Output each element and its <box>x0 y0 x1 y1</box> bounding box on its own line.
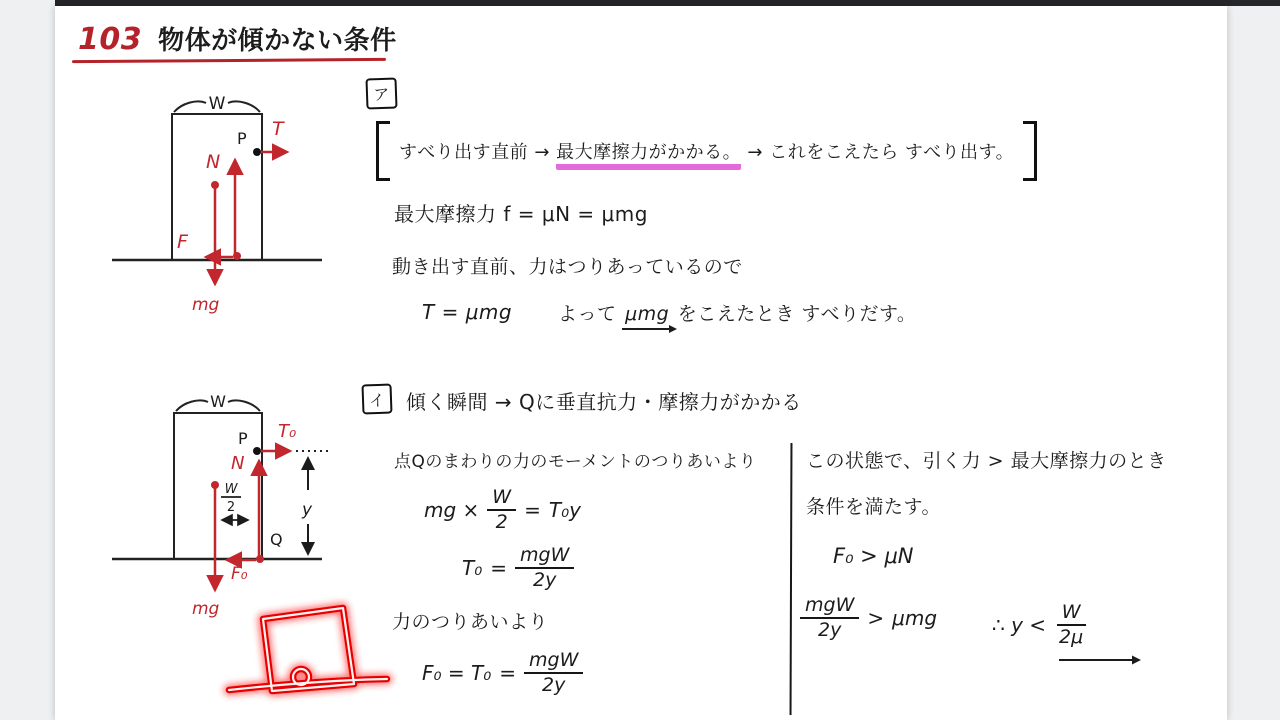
balance-note: 動き出す直前、力はつりあっているので <box>392 252 743 279</box>
eq2-rel: = <box>490 556 507 580</box>
conclusion-post: をこえたとき すべりだす。 <box>678 303 917 325</box>
diagram-block-tipping-at-q: W P T₀ N mg W 2 Q F₀ y <box>100 390 345 625</box>
result-arrow-icon <box>1058 654 1144 668</box>
eq1-lhs: mg × <box>424 498 479 522</box>
width-label: W <box>210 392 226 411</box>
width-label: W <box>209 94 226 114</box>
width-brace-right <box>228 101 260 112</box>
pivot-q-dot <box>256 555 264 563</box>
req2-fraction: mgW 2y <box>800 595 859 641</box>
moment-note: 点Qのまわりの力のモーメントのつりあいより <box>394 447 756 472</box>
underline-arrow-icon <box>621 324 679 336</box>
final-result: ∴ y < W 2μ <box>992 602 1088 648</box>
section-i-label: イ <box>368 387 385 411</box>
tension-label: T <box>272 118 285 140</box>
section-a-label: ア <box>373 82 390 106</box>
normal-label: N <box>231 453 244 474</box>
result-fraction: W 2μ <box>1054 602 1088 648</box>
half-width-numerator: W <box>225 482 239 497</box>
width-brace-left <box>176 400 208 411</box>
conclusion-line: よって μmg をこえたとき すべりだす。 <box>558 299 916 326</box>
max-friction-equation: 最大摩擦力 f = μN = μmg <box>394 198 648 227</box>
close-bracket <box>1023 121 1037 181</box>
open-bracket <box>376 121 390 181</box>
condition-inequality: F₀ > μN <box>833 544 914 568</box>
width-brace-left <box>174 101 206 112</box>
tipping-heading: 傾く瞬間 → Qに垂直抗力・摩擦力がかかる <box>406 386 802 415</box>
eq2-lhs: T₀ <box>462 556 482 580</box>
point-q-label: Q <box>270 530 283 549</box>
normal-label: N <box>206 151 220 173</box>
tension0-equation: T₀ = mgW 2y <box>462 545 574 591</box>
page-title: 103 物体が傾かない条件 <box>78 20 397 57</box>
req2-rhs: μmg <box>892 606 937 630</box>
point-p-dot <box>253 447 261 455</box>
eq2-fraction: mgW 2y <box>515 545 574 591</box>
section-a-bracket-line: すべり出す直前 → 最大摩擦力がかかる。 → これをこえたら すべり出す。 <box>376 122 1037 180</box>
conclusion-term: μmg <box>623 303 671 325</box>
weight-label: mg <box>192 295 220 315</box>
friction-label: F <box>177 231 189 253</box>
title-text: 物体が傾かない条件 <box>158 20 397 57</box>
eq3-lhs: F₀ = T₀ <box>422 661 491 685</box>
point-p-label: P <box>238 429 248 448</box>
weight-label: mg <box>192 599 220 619</box>
eq3-rel: = <box>499 661 516 685</box>
req2-rel: > <box>867 606 884 630</box>
condition-note-line1: この状態で、引く力 > 最大摩擦力のとき <box>806 446 1167 473</box>
force-balance-note: 力のつりあいより <box>392 607 548 634</box>
eq1-rhs: T₀y <box>549 498 581 522</box>
substituted-inequality: mgW 2y > μmg <box>800 595 937 641</box>
base-contact-dot <box>233 252 241 260</box>
eq1-rel: = <box>524 498 541 522</box>
friction-label: F₀ <box>231 564 248 584</box>
eq1-fraction: W 2 <box>487 487 516 533</box>
condition-note-line2: 条件を満たす。 <box>806 492 941 519</box>
section-a-tag: ア <box>365 77 397 109</box>
diagram-block-pulled-at-p: W P T N mg F <box>100 80 340 330</box>
width-brace-right <box>228 400 260 411</box>
title-number: 103 <box>78 22 142 57</box>
video-frame: 103 物体が傾かない条件 W P T N mg F ア <box>0 0 1280 720</box>
point-p-dot <box>253 148 261 156</box>
height-label: y <box>301 500 313 520</box>
section-i-tag: イ <box>361 383 392 414</box>
half-width-denominator: 2 <box>227 500 235 515</box>
eq3-fraction: mgW 2y <box>524 650 583 696</box>
conclusion-pre: よって <box>558 303 617 325</box>
friction0-equation: F₀ = T₀ = mgW 2y <box>422 650 583 696</box>
point-p-label: P <box>237 129 247 148</box>
tension-label: T₀ <box>278 421 296 442</box>
bracket-text-post: → これをこえたら すべり出す。 <box>741 142 1014 163</box>
bracket-text-highlighted: 最大摩擦力がかかる。 <box>556 142 741 170</box>
tension-equation: T = μmg <box>422 300 512 324</box>
result-pre: ∴ y < <box>992 613 1046 637</box>
moment-equation: mg × W 2 = T₀y <box>424 487 581 533</box>
bracket-text-pre: すべり出す直前 → <box>399 142 556 163</box>
